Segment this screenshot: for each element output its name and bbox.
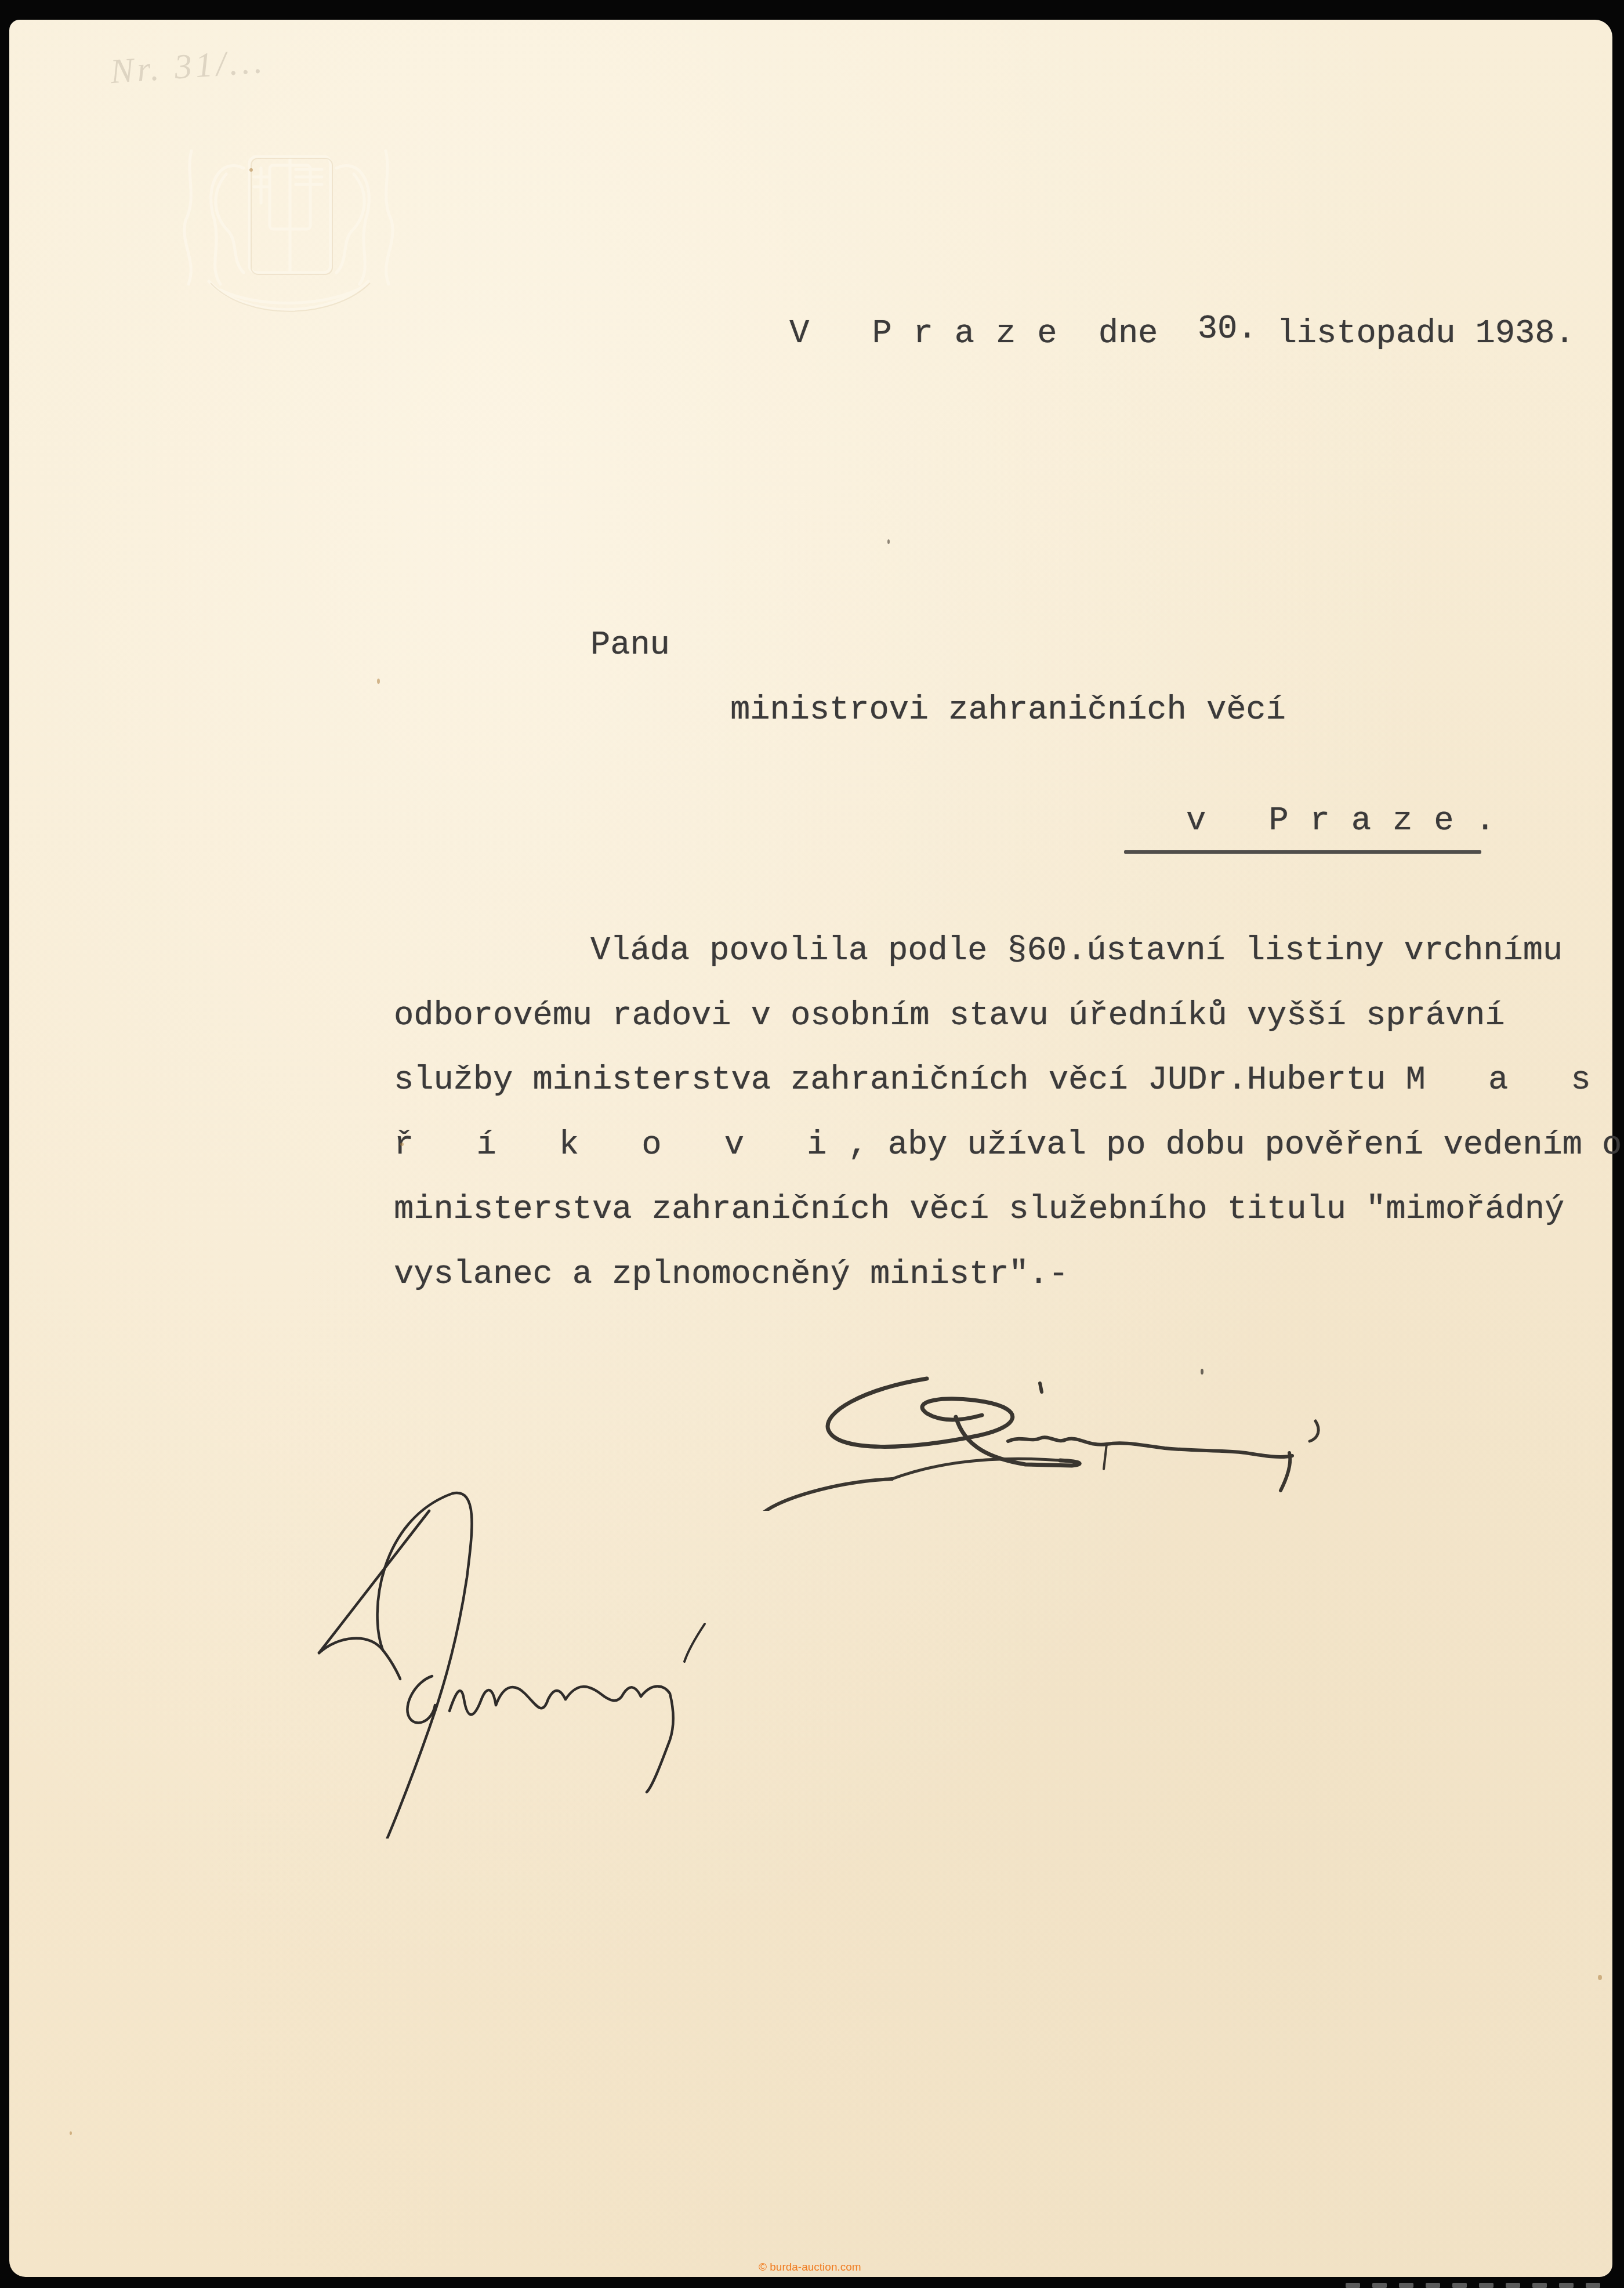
paper-speck	[887, 539, 890, 544]
date-day: 30.	[1198, 311, 1257, 348]
signature-right	[735, 1366, 1484, 1511]
paper-speck	[70, 2131, 72, 2135]
date-place: V Praze	[789, 316, 1078, 353]
paper-speck	[377, 679, 380, 684]
date-line: V Praze dne 30. listopadu 1938.	[789, 318, 1575, 351]
paper-speck	[249, 168, 253, 172]
body-line-4: ř í k o v i, aby užíval po dobu pověření…	[394, 1129, 1577, 1194]
body-line-3: služby ministerstva zahraničních věcí JU…	[394, 1064, 1577, 1129]
body-line-6: vyslanec a zplnomocněný ministr".-	[394, 1259, 1577, 1324]
surname-part-1: M a s a -	[1405, 1062, 1624, 1099]
embossed-coat-of-arms-icon	[157, 133, 418, 313]
date-word-dne: dne	[1099, 316, 1158, 353]
recipient-city: v Praze.	[1186, 805, 1517, 838]
recipient-title: ministrovi zahraničních věcí	[730, 694, 1286, 727]
body-line-1: Vláda povolila podle §60.ústavní listiny…	[394, 935, 1577, 1000]
body-line-4-text: , aby užíval po dobu pověření vedením od…	[848, 1127, 1624, 1164]
paper-speck	[1598, 1975, 1602, 1980]
scanner-border-strip	[1346, 2283, 1624, 2288]
surname-part-2: ř í k o v i	[394, 1127, 848, 1164]
body-line-5: ministerstva zahraničních věcí služebníh…	[394, 1194, 1577, 1259]
watermark-copyright: © burda-auction.com	[759, 2261, 861, 2274]
date-month-year: listopadu 1938.	[1277, 316, 1575, 353]
body-line-2: odborovému radovi v osobním stavu úřední…	[394, 1000, 1577, 1065]
paper-speck	[1201, 1369, 1203, 1375]
signature-left	[287, 1485, 751, 1839]
salutation: Panu	[590, 629, 670, 662]
body-line-3-text: služby ministerstva zahraničních věcí JU…	[394, 1062, 1405, 1099]
paper-speck	[400, 1143, 404, 1146]
city-underline	[1124, 850, 1481, 854]
letter-body: Vláda povolila podle §60.ústavní listiny…	[394, 935, 1577, 1323]
